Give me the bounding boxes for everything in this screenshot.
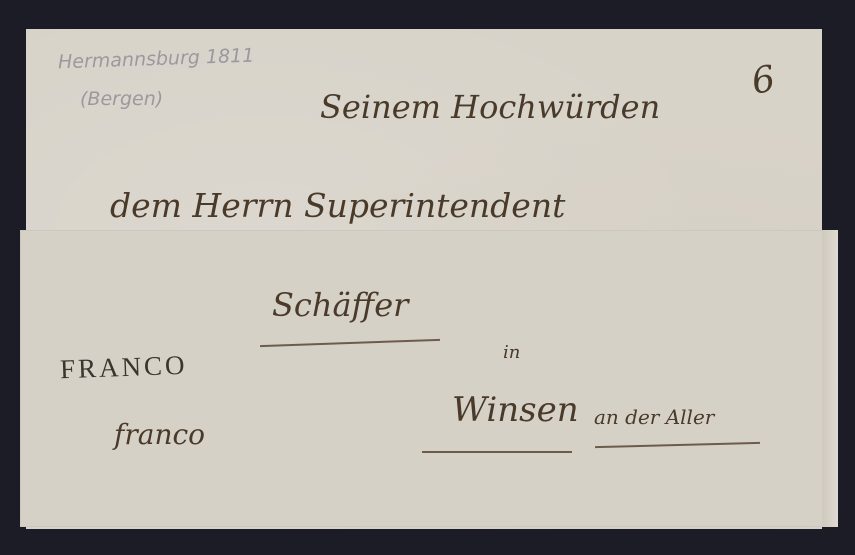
town-underline (422, 451, 572, 453)
franco-handstamp: FRANCO (59, 350, 188, 385)
pencil-region-note: (Bergen) (80, 88, 163, 110)
flap-edge-shadow (822, 230, 838, 527)
address-line-2: dem Herrn Superintendent (110, 186, 565, 225)
franco-manuscript: franco (114, 418, 205, 451)
address-preposition: in (503, 342, 520, 363)
address-line-1: Seinem Hochwürden (320, 88, 660, 126)
address-town: Winsen (452, 390, 579, 430)
address-line-3: Schäffer (272, 286, 408, 324)
address-town-suffix: an der Aller (594, 405, 714, 429)
